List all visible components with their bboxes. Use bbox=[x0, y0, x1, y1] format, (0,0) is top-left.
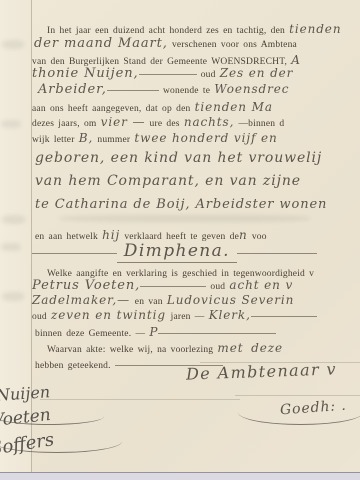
handwritten-text: P bbox=[149, 325, 158, 339]
document-line: geboren, een kind van het vrouwelij bbox=[35, 150, 322, 166]
document-line: Arbeider, wonende te Woensdrec bbox=[38, 81, 289, 97]
handwritten-text: Woensdrec bbox=[214, 82, 289, 96]
printed-text: Waarvan akte: welke wij, na voorlezing bbox=[47, 345, 217, 355]
printed-text: oud bbox=[32, 312, 51, 322]
printed-text: jaren — bbox=[171, 312, 209, 322]
bleed-through-mark bbox=[60, 215, 310, 222]
handwritten-text: tienden Ma bbox=[195, 100, 273, 114]
document-line: De Ambtenaar v bbox=[186, 361, 338, 383]
handwritten-text: zeven en twintig bbox=[51, 308, 171, 322]
ruling-line bbox=[235, 395, 360, 396]
document-line: oud zeven en twintig jaren — Klerk, bbox=[32, 307, 317, 323]
printed-text: oud bbox=[197, 70, 220, 80]
scan-edge-strip bbox=[0, 472, 360, 480]
document-line: thonie Nuijen, oud Zes en der bbox=[32, 65, 293, 81]
handwritten-text: te Catharina de Boij, Arbeidster wonen bbox=[35, 197, 327, 212]
bleed-through-mark bbox=[1, 120, 21, 128]
handwritten-text: Klerk, bbox=[209, 308, 251, 322]
document-line: Dimphena. bbox=[32, 243, 317, 260]
handwritten-text: van hem Comparant, en van zijne bbox=[35, 173, 301, 189]
printed-text: voo bbox=[248, 232, 267, 242]
printed-text: oud bbox=[206, 282, 229, 292]
document-line: wijk letter B, nummer twee honderd vijf … bbox=[32, 130, 278, 146]
handwritten-text: De Ambtenaar v bbox=[186, 359, 338, 383]
handwritten-text: nachts, bbox=[184, 115, 234, 129]
blank-rule bbox=[251, 314, 317, 317]
ruling-line bbox=[40, 399, 240, 400]
document-line: der maand Maart, verschenen voor ons Amb… bbox=[34, 35, 297, 51]
document-line: dezes jaars, om vier — ure des nachts, —… bbox=[32, 114, 284, 130]
printed-text: wonende te bbox=[159, 86, 214, 96]
handwritten-text: Arbeider, bbox=[38, 82, 107, 97]
handwritten-text: met deze bbox=[217, 341, 283, 355]
handwritten-text: hij bbox=[102, 228, 120, 242]
printed-text: en van bbox=[135, 297, 167, 307]
handwritten-text: B, bbox=[79, 131, 93, 145]
blank-rule bbox=[32, 251, 117, 254]
handwritten-text: acht en v bbox=[229, 278, 293, 292]
handwritten-text: Dimphena. bbox=[117, 241, 237, 263]
document-line: te Catharina de Boij, Arbeidster wonen bbox=[35, 196, 327, 212]
document-line: Zadelmaker,— en van Ludovicus Severin bbox=[32, 292, 294, 308]
printed-text: en aan hetwelk bbox=[35, 232, 102, 242]
blank-rule bbox=[107, 88, 159, 91]
handwritten-text: tienden bbox=[289, 22, 341, 36]
blank-rule bbox=[139, 72, 197, 75]
bleed-through-mark bbox=[2, 215, 25, 224]
handwritten-text: Ludovicus Severin bbox=[167, 293, 294, 307]
handwritten-text: geboren, een kind van het vrouwelij bbox=[35, 150, 322, 166]
document-line: Petrus Voeten, oud acht en v bbox=[32, 277, 293, 293]
document-line: aan ons heeft aangegeven, dat op den tie… bbox=[32, 99, 273, 115]
handwritten-text: n bbox=[239, 228, 248, 242]
printed-text: wijk letter bbox=[32, 135, 79, 145]
blank-rule bbox=[237, 251, 317, 254]
bleed-through-mark bbox=[2, 40, 24, 49]
handwritten-text: twee honderd vijf en bbox=[134, 131, 277, 145]
document-line: binnen deze Gemeente. — P bbox=[35, 324, 276, 340]
handwritten-text: Zadelmaker,— bbox=[32, 293, 135, 307]
printed-text: verschenen voor ons Ambtena bbox=[168, 40, 297, 50]
blank-rule bbox=[140, 284, 206, 287]
bleed-through-mark bbox=[2, 292, 24, 301]
handwritten-text: Zes en der bbox=[220, 66, 294, 80]
blank-rule bbox=[158, 331, 276, 334]
signature: Nuijen bbox=[0, 384, 51, 404]
printed-text: aan ons heeft aangegeven, dat op den bbox=[32, 104, 195, 114]
document-line: van hem Comparant, en van zijne bbox=[35, 173, 301, 189]
handwritten-text: vier — bbox=[101, 115, 146, 129]
printed-text: ure des bbox=[145, 119, 184, 129]
signature: Voeten bbox=[0, 407, 52, 430]
handwritten-text: Petrus Voeten, bbox=[32, 278, 140, 293]
handwritten-text: thonie Nuijen, bbox=[32, 66, 139, 81]
document-line: Waarvan akte: welke wij, na voorlezing m… bbox=[47, 340, 283, 356]
printed-text: —binnen d bbox=[234, 119, 284, 129]
printed-text: binnen deze Gemeente. — bbox=[35, 329, 149, 339]
handwritten-text: der maand Maart, bbox=[34, 36, 168, 51]
printed-text: hebben geteekend. bbox=[35, 361, 115, 371]
document-page: In het jaar een duizend acht honderd zes… bbox=[0, 0, 360, 480]
printed-text: dezes jaars, om bbox=[32, 119, 101, 129]
bleed-through-mark bbox=[1, 243, 21, 251]
printed-text: nummer bbox=[93, 135, 134, 145]
